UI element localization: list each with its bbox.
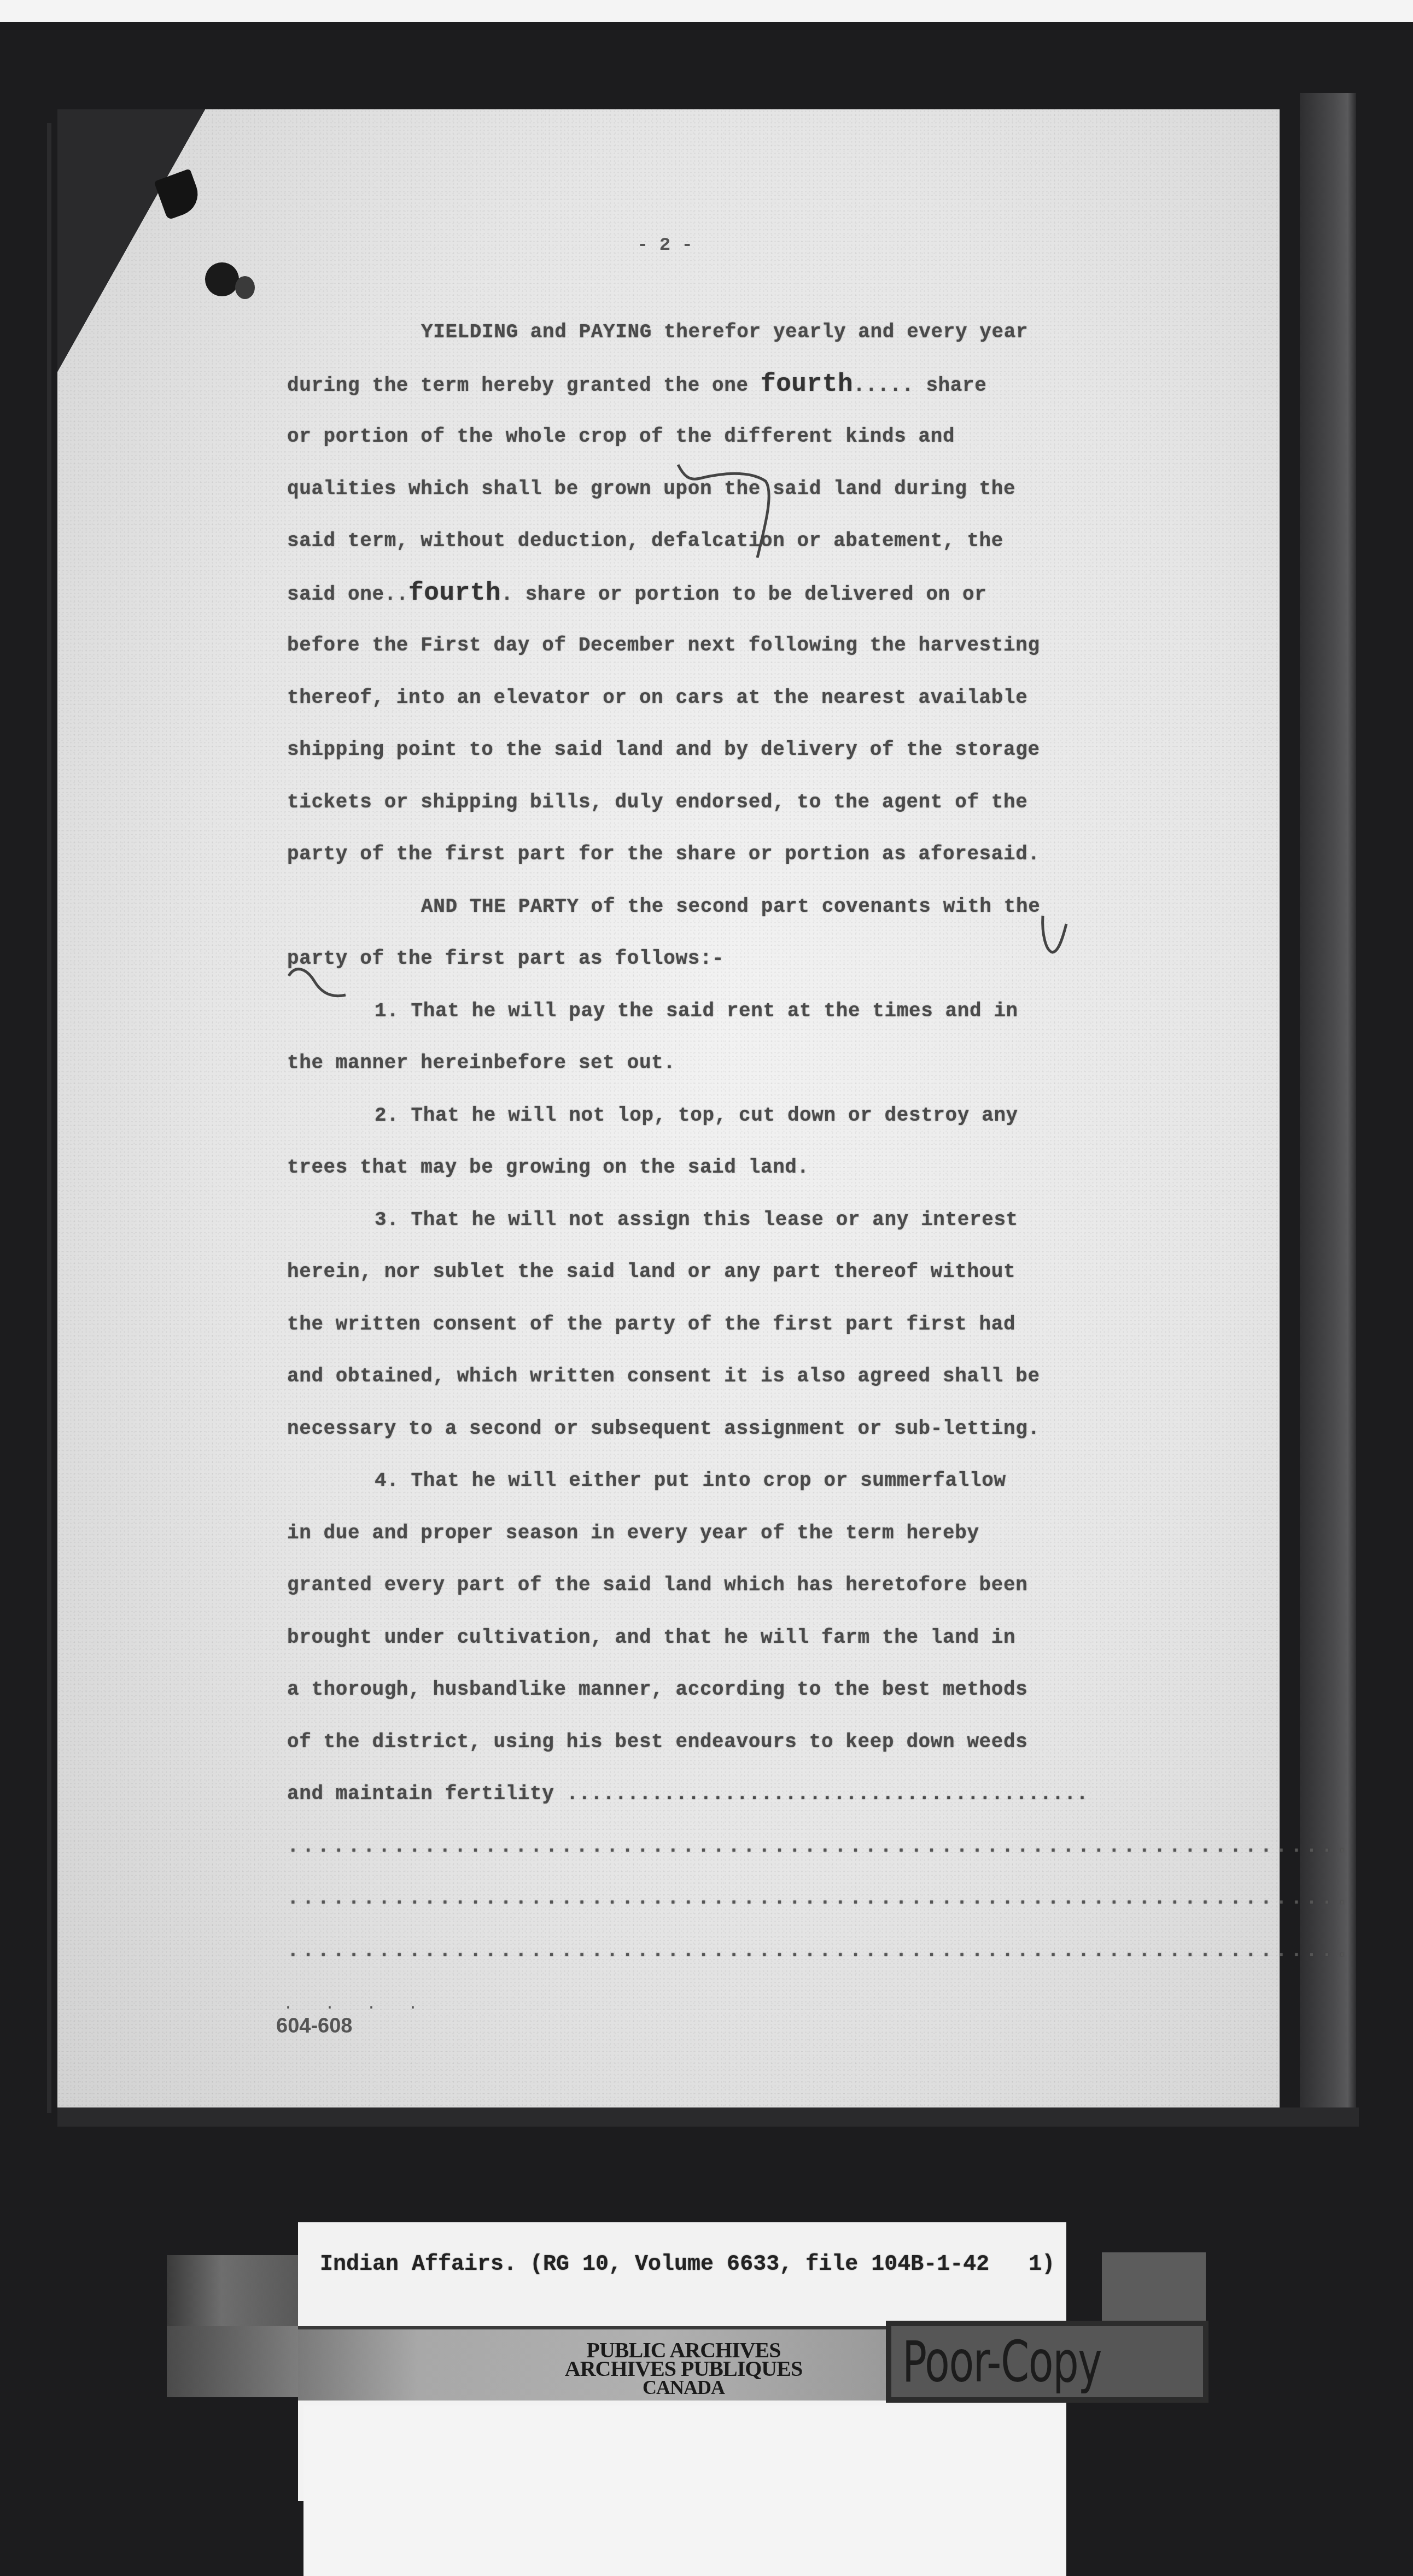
handwritten-tilde-mark-icon — [284, 965, 350, 1003]
text-line: YIELDING and PAYING therefor yearly and … — [287, 306, 1151, 359]
covenant-1-line: the manner hereinbefore set out. — [287, 1037, 1151, 1090]
dotted-fill-line: ........................................… — [287, 1925, 1151, 1977]
text-line: shipping point to the said land and by d… — [287, 724, 1151, 776]
text-line: party of the first part for the share or… — [287, 828, 1151, 881]
fill-in-share: fourth — [408, 579, 501, 607]
covenant-4-line: in due and proper season in every year o… — [287, 1507, 1151, 1560]
text-fragment: said one.. — [287, 583, 408, 606]
covenant-2-line: trees that may be growing on the said la… — [287, 1141, 1151, 1194]
stamp-line: CANADA — [492, 2378, 875, 2397]
text-fragment: during the term hereby granted the one — [287, 374, 761, 397]
public-archives-stamp: PUBLIC ARCHIVES ARCHIVES PUBLIQUES CANAD… — [492, 2341, 875, 2397]
punch-hole-icon — [205, 262, 239, 296]
covenant-3-line: and obtained, which written consent it i… — [287, 1350, 1151, 1403]
next-frame-card — [303, 2405, 1066, 2576]
text-line: thereof, into an elevator or on cars at … — [287, 672, 1151, 724]
covenant-3-line: herein, nor sublet the said land or any … — [287, 1246, 1151, 1298]
dotted-fill-line: ........................................… — [287, 1820, 1151, 1873]
text-line: or portion of the whole crop of the diff… — [287, 411, 1151, 463]
covenant-4-line: a thorough, husbandlike manner, accordin… — [287, 1664, 1151, 1716]
dotted-fill-line: ........................................… — [287, 1872, 1151, 1925]
form-code: 604-608 — [276, 2015, 352, 2038]
archive-reference: Indian Affairs. (RG 10, Volume 6633, fil… — [320, 2252, 1055, 2277]
punch-hole-shadow-icon — [235, 276, 255, 299]
handwritten-check-mark-icon — [1036, 913, 1069, 957]
text-line-with-fill-in: during the term hereby granted the one f… — [287, 359, 1151, 411]
covenant-4-line: granted every part of the said land whic… — [287, 1559, 1151, 1612]
stamp-line: ARCHIVES PUBLIQUES — [492, 2360, 875, 2378]
poor-copy-stamp: Poor-Copy — [902, 2321, 1123, 2403]
text-line: party of the first part as follows:- — [287, 933, 1151, 985]
page-number: - 2 - — [637, 235, 693, 256]
fill-in-share: fourth — [761, 370, 853, 399]
covenant-4-line: and maintain fertility .................… — [287, 1768, 1151, 1820]
text-fragment: . share or portion to be delivered on or — [501, 583, 986, 606]
text-line-with-fill-in: said one..fourth. share or portion to be… — [287, 567, 1151, 620]
handwritten-loop-mark-icon — [656, 459, 798, 569]
film-top-margin — [0, 0, 1413, 22]
text-line: AND THE PARTY of the second part covenan… — [287, 881, 1151, 933]
covenant-4-line: 4. That he will either put into crop or … — [287, 1455, 1151, 1507]
covenant-3-line: necessary to a second or subsequent assi… — [287, 1403, 1151, 1455]
covenant-3-line: 3. That he will not assign this lease or… — [287, 1194, 1151, 1246]
text-line: tickets or shipping bills, duly endorsed… — [287, 776, 1151, 829]
covenant-2-line: 2. That he will not lop, top, cut down o… — [287, 1090, 1151, 1142]
covenant-1-line: 1. That he will pay the said rent at the… — [287, 985, 1151, 1038]
covenant-4-line: brought under cultivation, and that he w… — [287, 1612, 1151, 1664]
left-edge-rule — [47, 123, 51, 2113]
paper-bottom-shadow — [57, 2107, 1359, 2127]
bottom-marks: . . . . — [283, 1995, 429, 2014]
covenant-4-line: of the district, using his best endeavou… — [287, 1716, 1151, 1769]
covenant-3-line: the written consent of the party of the … — [287, 1298, 1151, 1351]
adjacent-sheet-edge — [1300, 93, 1356, 2116]
text-line: before the First day of December next fo… — [287, 619, 1151, 672]
text-fragment: ..... share — [853, 374, 986, 397]
